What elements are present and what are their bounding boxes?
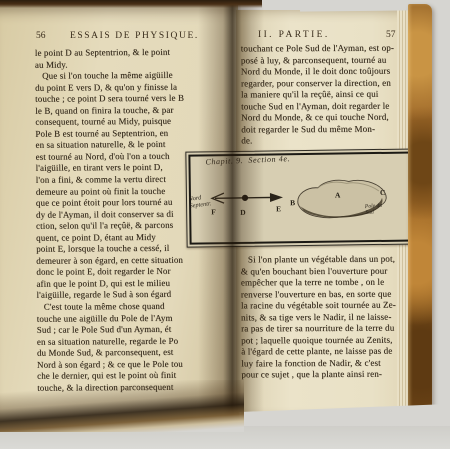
figure-label-e: E [276,204,281,213]
photo-background: 56 ESSAIS DE PHYSIQUE. le point D au Sep… [0,0,450,449]
lodestone-icon [291,176,392,223]
text-line: pour ce sujet , que la plante ainsi ren- [241,369,405,381]
text-line: pot ; laquelle quoique tournée au Zenits… [241,334,405,346]
figure-label-c: C [380,188,386,197]
figure-label-a: A [335,191,341,200]
text-line: doit regarder le Sud du même Mon- [241,123,405,135]
left-running-title: ESSAIS DE PHYSIQUE. [70,31,199,41]
text-line: touche Sud en l'Ayman, doit regarder le [241,100,405,112]
background-top-right [300,0,408,12]
text-line: de. [241,135,405,147]
right-page-text-below-figure: Si l'on plante un végétable dans un pot,… [241,254,406,382]
text-line: & qu'en bouchant bien l'ouverture pour [241,265,405,277]
text-line: posé à luy, & parconsequent, tourné au [241,54,405,66]
left-page-number: 56 [36,31,46,41]
figure-label-d: D [240,208,246,217]
text-line: regarder, pour conserver la direction, e… [241,77,405,89]
text-line: renverse l'ouverture en bas, en sorte qu… [241,288,405,300]
figure-label-f: F [211,207,216,216]
text-line: à l'égard de cette plante, ne laisse pas… [241,346,405,358]
right-running-title: II. PARTIE. [258,30,330,40]
text-line: empêcher que la terre ne tombe , on le [241,277,405,289]
text-line: Nord du Monde, & ce qui touche Nord, [241,112,405,124]
right-page-text-above-figure: touchant ce Pole Sud de l'Ayman, est op-… [241,43,406,148]
text-line: touchant ce Pole Sud de l'Ayman, est op- [241,43,405,55]
figure-plate: Chapit. 9. Section 4e. Nord Septentr. F … [185,148,425,247]
text-line: ra pas de tirer sa nourriture de la terr… [241,323,405,335]
right-page-number: 57 [386,30,396,40]
compass-needle-icon [207,190,289,205]
text-line: touche, & la direction parconsequent [37,381,238,394]
leather-binding-edge [408,4,432,422]
figure-label-b: B [290,198,295,207]
figure-pole-du-sud-label: Pole du Sud [365,202,392,216]
book-top-edge [0,0,262,8]
text-line: la maniere qu'il la reçûë, ainsi ce qui [241,89,405,101]
text-line: Si l'on plante un végétable dans un pot, [241,254,405,266]
text-line: Nord du Monde, il le doit donc toûjours [241,66,405,78]
text-line: nits, & sa tige vers le Nadir, il ne lai… [241,311,405,323]
background-bottom [0,426,450,449]
text-line: luy faire la fonction de Nadir, & c'est [241,357,405,369]
text-line: la racine du végétable soit tournée au Z… [241,300,405,312]
